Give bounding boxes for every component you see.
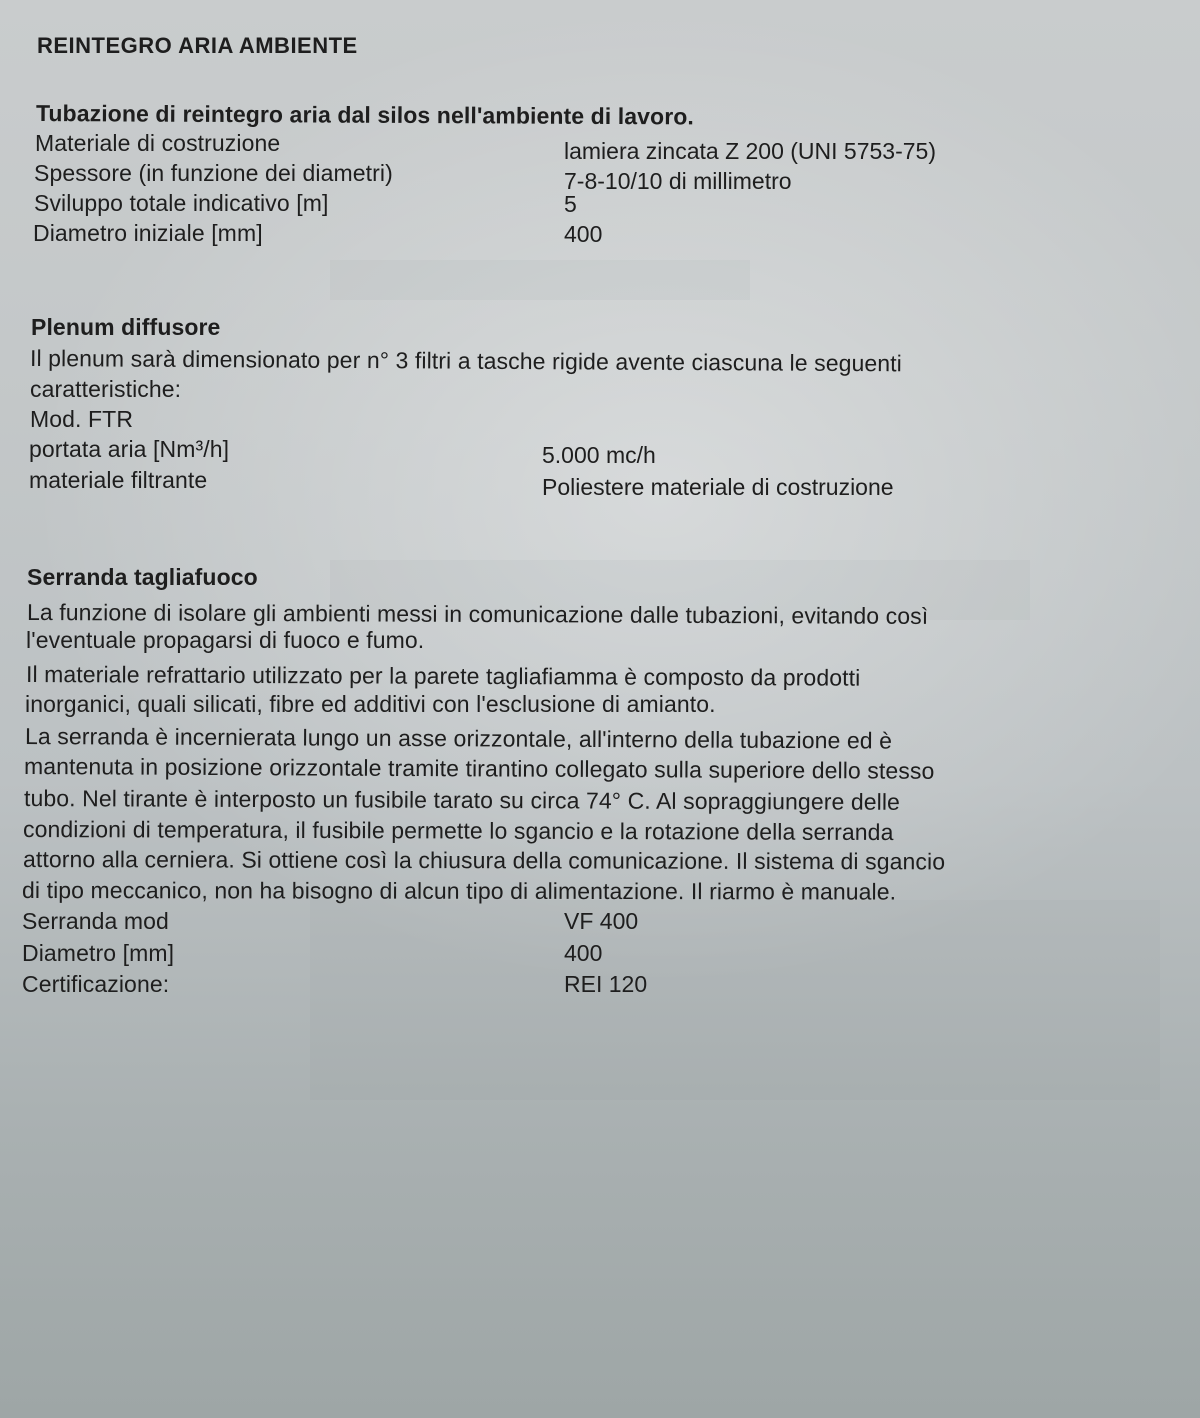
paragraph-line: di tipo meccanico, non ha bisogno di alc… [22, 877, 896, 905]
spec-label: materiale filtrante [29, 467, 207, 493]
spec-label: Materiale di costruzione [35, 130, 280, 156]
paragraph-line: inorganici, quali silicati, fibre ed add… [25, 691, 716, 717]
spec-label: Serranda mod [22, 908, 169, 934]
spec-label: Diametro iniziale [mm] [33, 220, 263, 246]
paragraph-line: l'eventuale propagarsi di fuoco e fumo. [26, 627, 424, 653]
spec-value: 7-8-10/10 di millimetro [564, 168, 792, 194]
document-title: REINTEGRO ARIA AMBIENTE [37, 33, 358, 59]
paragraph-line: La serranda è incernierata lungo un asse… [25, 723, 892, 754]
paragraph-line: Il plenum sarà dimensionato per n° 3 fil… [30, 345, 902, 376]
spec-label: Spessore (in funzione dei diametri) [34, 160, 393, 186]
spec-label: Certificazione: [22, 971, 169, 997]
bleed-through-texture [330, 260, 750, 300]
section-heading-plenum: Plenum diffusore [31, 314, 220, 340]
spec-value: 5 [564, 191, 577, 217]
paragraph-line: attorno alla cerniera. Si ottiene così l… [23, 846, 945, 874]
section-heading-tubazione: Tubazione di reintegro aria dal silos ne… [36, 100, 694, 129]
spec-label: Sviluppo totale indicativo [m] [34, 190, 329, 216]
spec-value: lamiera zincata Z 200 (UNI 5753-75) [564, 138, 936, 164]
spec-value: Poliestere materiale di costruzione [542, 474, 894, 500]
spec-label: portata aria [Nm³/h] [29, 436, 229, 462]
spec-value: VF 400 [564, 908, 638, 934]
spec-label: Diametro [mm] [22, 940, 174, 966]
document-page: REINTEGRO ARIA AMBIENTE Tubazione di rei… [0, 0, 1200, 1418]
spec-value: 5.000 mc/h [542, 442, 656, 468]
paragraph-line: tubo. Nel tirante è interposto un fusibi… [24, 785, 900, 815]
spec-value: REI 120 [564, 971, 647, 997]
spec-value: 400 [564, 221, 602, 247]
spec-value: 400 [564, 940, 602, 966]
paragraph-line: Il materiale refrattario utilizzato per … [26, 661, 860, 691]
bleed-through-texture [310, 900, 1160, 1100]
paragraph-line: mantenuta in posizione orizzontale trami… [24, 753, 935, 784]
paragraph-line: Mod. FTR [30, 406, 133, 432]
paragraph-line: La funzione di isolare gli ambienti mess… [27, 599, 928, 629]
paragraph-line: condizioni di temperatura, il fusibile p… [23, 816, 894, 845]
paragraph-line: caratteristiche: [30, 376, 181, 402]
section-heading-serranda: Serranda tagliafuoco [27, 564, 258, 590]
